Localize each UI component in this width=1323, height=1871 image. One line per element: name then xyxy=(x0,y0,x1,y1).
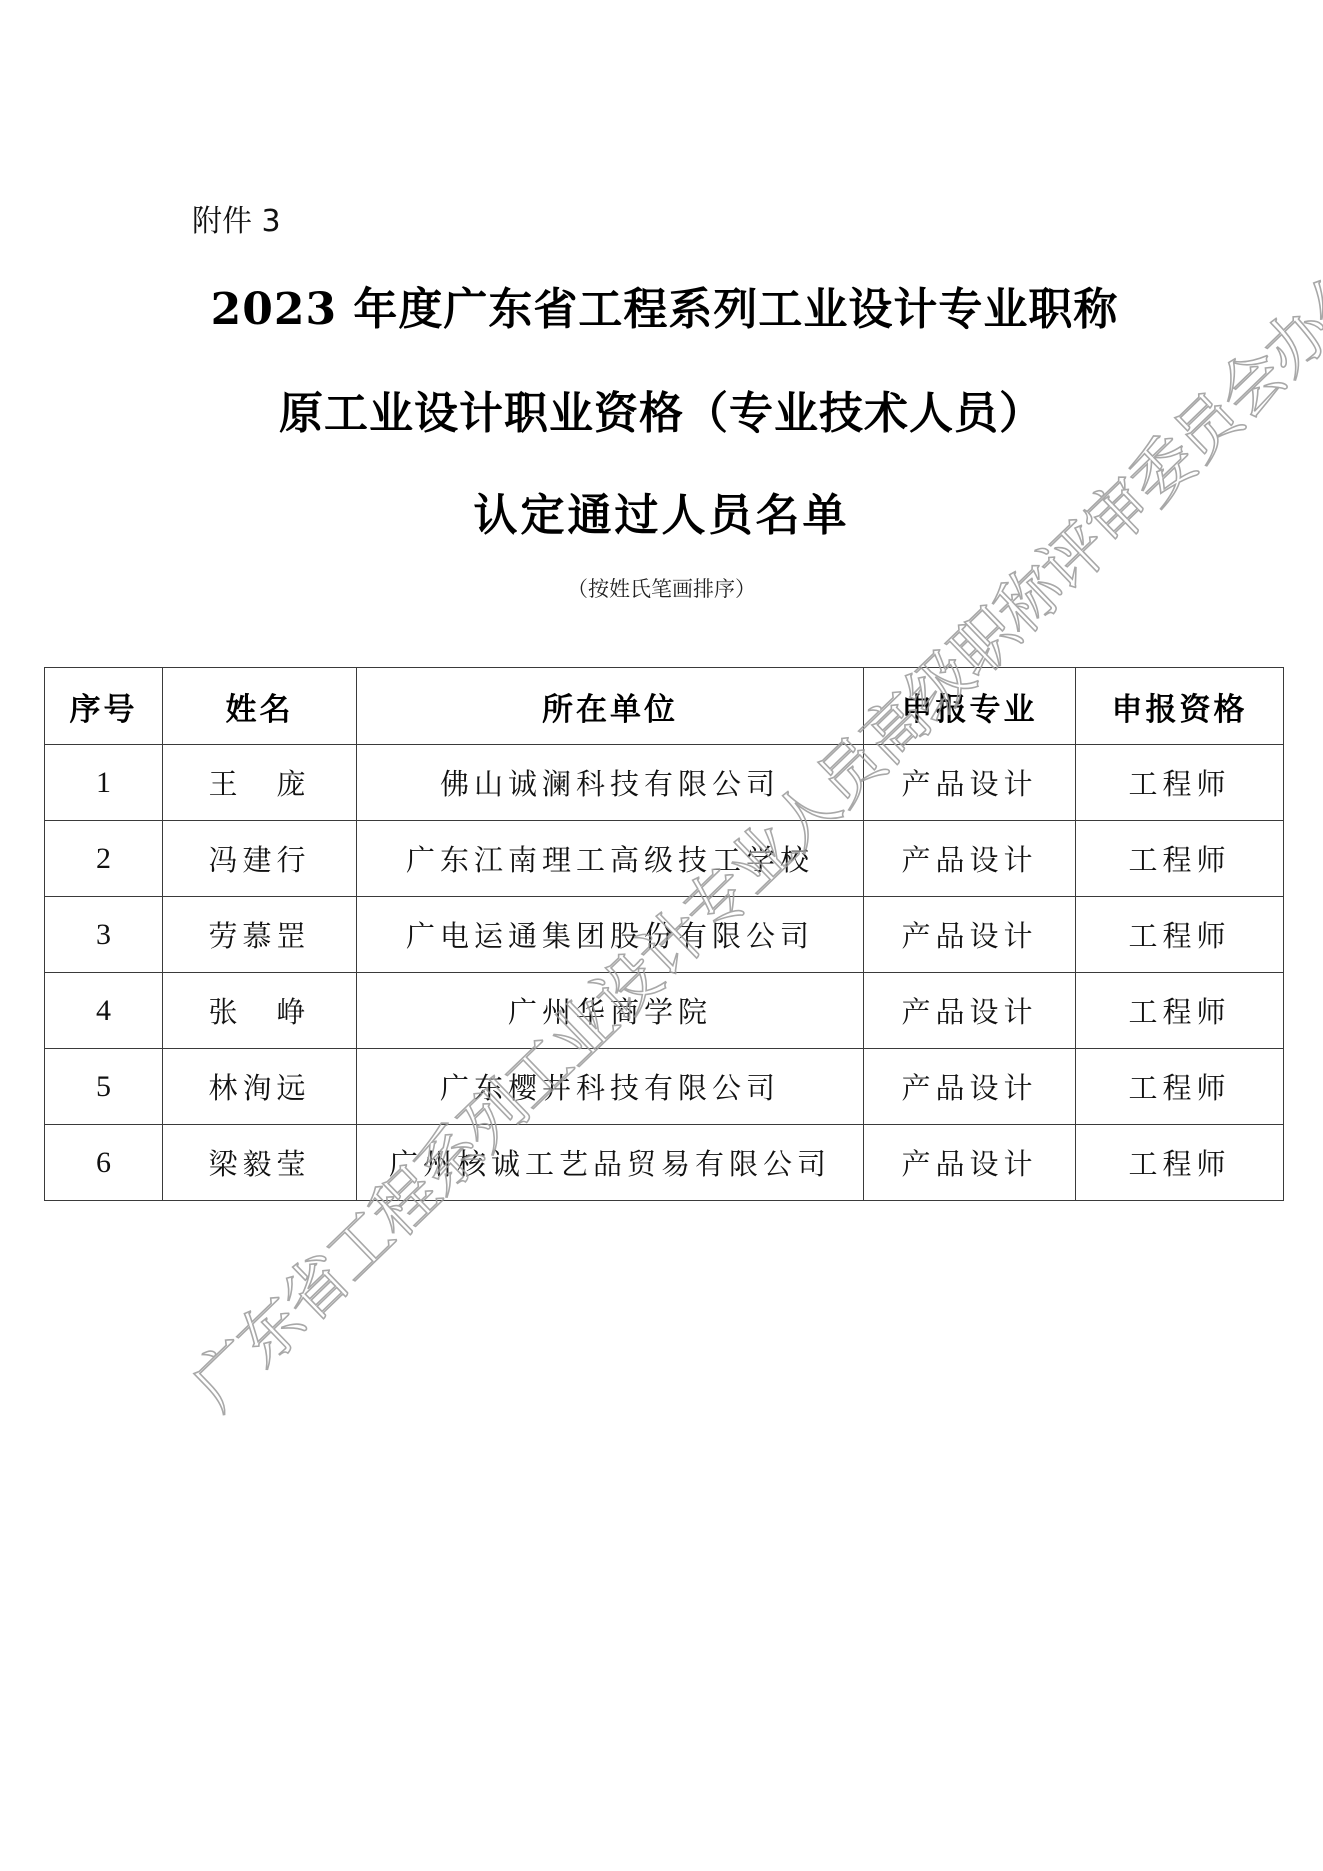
cell-declared-qualification: 工程师 xyxy=(1076,897,1284,973)
approved-personnel-table: 序号 姓名 所在单位 申报专业 申报资格 1 王 庞 佛山诚澜科技有限公司 产品… xyxy=(44,667,1284,1201)
cell-work-unit: 广州华商学院 xyxy=(357,973,864,1049)
attachment-label: 附件 3 xyxy=(192,204,281,240)
table-header-row: 序号 姓名 所在单位 申报专业 申报资格 xyxy=(45,668,1284,745)
cell-serial-number: 1 xyxy=(45,745,163,821)
cell-declared-qualification: 工程师 xyxy=(1076,821,1284,897)
cell-serial-number: 3 xyxy=(45,897,163,973)
cell-serial-number: 2 xyxy=(45,821,163,897)
cell-declared-qualification: 工程师 xyxy=(1076,1125,1284,1201)
cell-declared-major: 产品设计 xyxy=(864,1125,1076,1201)
cell-name: 冯建行 xyxy=(163,821,357,897)
table-row: 3 劳慕罡 广电运通集团股份有限公司 产品设计 工程师 xyxy=(45,897,1284,973)
header-declared-major: 申报专业 xyxy=(864,668,1076,745)
document-title-line-1: 2023 年度广东省工程系列工业设计专业职称 xyxy=(0,282,1323,338)
table-row: 6 梁毅莹 广州核诚工艺品贸易有限公司 产品设计 工程师 xyxy=(45,1125,1284,1201)
table-row: 4 张 峥 广州华商学院 产品设计 工程师 xyxy=(45,973,1284,1049)
document-title-line-2: 原工业设计职业资格（专业技术人员） xyxy=(0,386,1323,442)
cell-name: 梁毅莹 xyxy=(163,1125,357,1201)
cell-work-unit: 广东江南理工高级技工学校 xyxy=(357,821,864,897)
cell-name: 林洵远 xyxy=(163,1049,357,1125)
cell-work-unit: 广电运通集团股份有限公司 xyxy=(357,897,864,973)
table-row: 5 林洵远 广东樱井科技有限公司 产品设计 工程师 xyxy=(45,1049,1284,1125)
cell-declared-major: 产品设计 xyxy=(864,897,1076,973)
header-declared-qualification: 申报资格 xyxy=(1076,668,1284,745)
cell-declared-major: 产品设计 xyxy=(864,1049,1076,1125)
cell-serial-number: 6 xyxy=(45,1125,163,1201)
header-work-unit: 所在单位 xyxy=(357,668,864,745)
document-title-line-3: 认定通过人员名单 xyxy=(0,488,1323,544)
cell-serial-number: 5 xyxy=(45,1049,163,1125)
cell-work-unit: 广东樱井科技有限公司 xyxy=(357,1049,864,1125)
cell-name: 张 峥 xyxy=(163,973,357,1049)
cell-declared-qualification: 工程师 xyxy=(1076,745,1284,821)
cell-work-unit: 佛山诚澜科技有限公司 xyxy=(357,745,864,821)
cell-name: 王 庞 xyxy=(163,745,357,821)
cell-declared-major: 产品设计 xyxy=(864,821,1076,897)
cell-declared-major: 产品设计 xyxy=(864,973,1076,1049)
table-row: 1 王 庞 佛山诚澜科技有限公司 产品设计 工程师 xyxy=(45,745,1284,821)
header-name: 姓名 xyxy=(163,668,357,745)
cell-work-unit: 广州核诚工艺品贸易有限公司 xyxy=(357,1125,864,1201)
sort-order-note: （按姓氏笔画排序） xyxy=(0,574,1323,604)
cell-declared-qualification: 工程师 xyxy=(1076,973,1284,1049)
cell-declared-major: 产品设计 xyxy=(864,745,1076,821)
cell-name: 劳慕罡 xyxy=(163,897,357,973)
cell-declared-qualification: 工程师 xyxy=(1076,1049,1284,1125)
cell-serial-number: 4 xyxy=(45,973,163,1049)
table-row: 2 冯建行 广东江南理工高级技工学校 产品设计 工程师 xyxy=(45,821,1284,897)
header-serial-number: 序号 xyxy=(45,668,163,745)
